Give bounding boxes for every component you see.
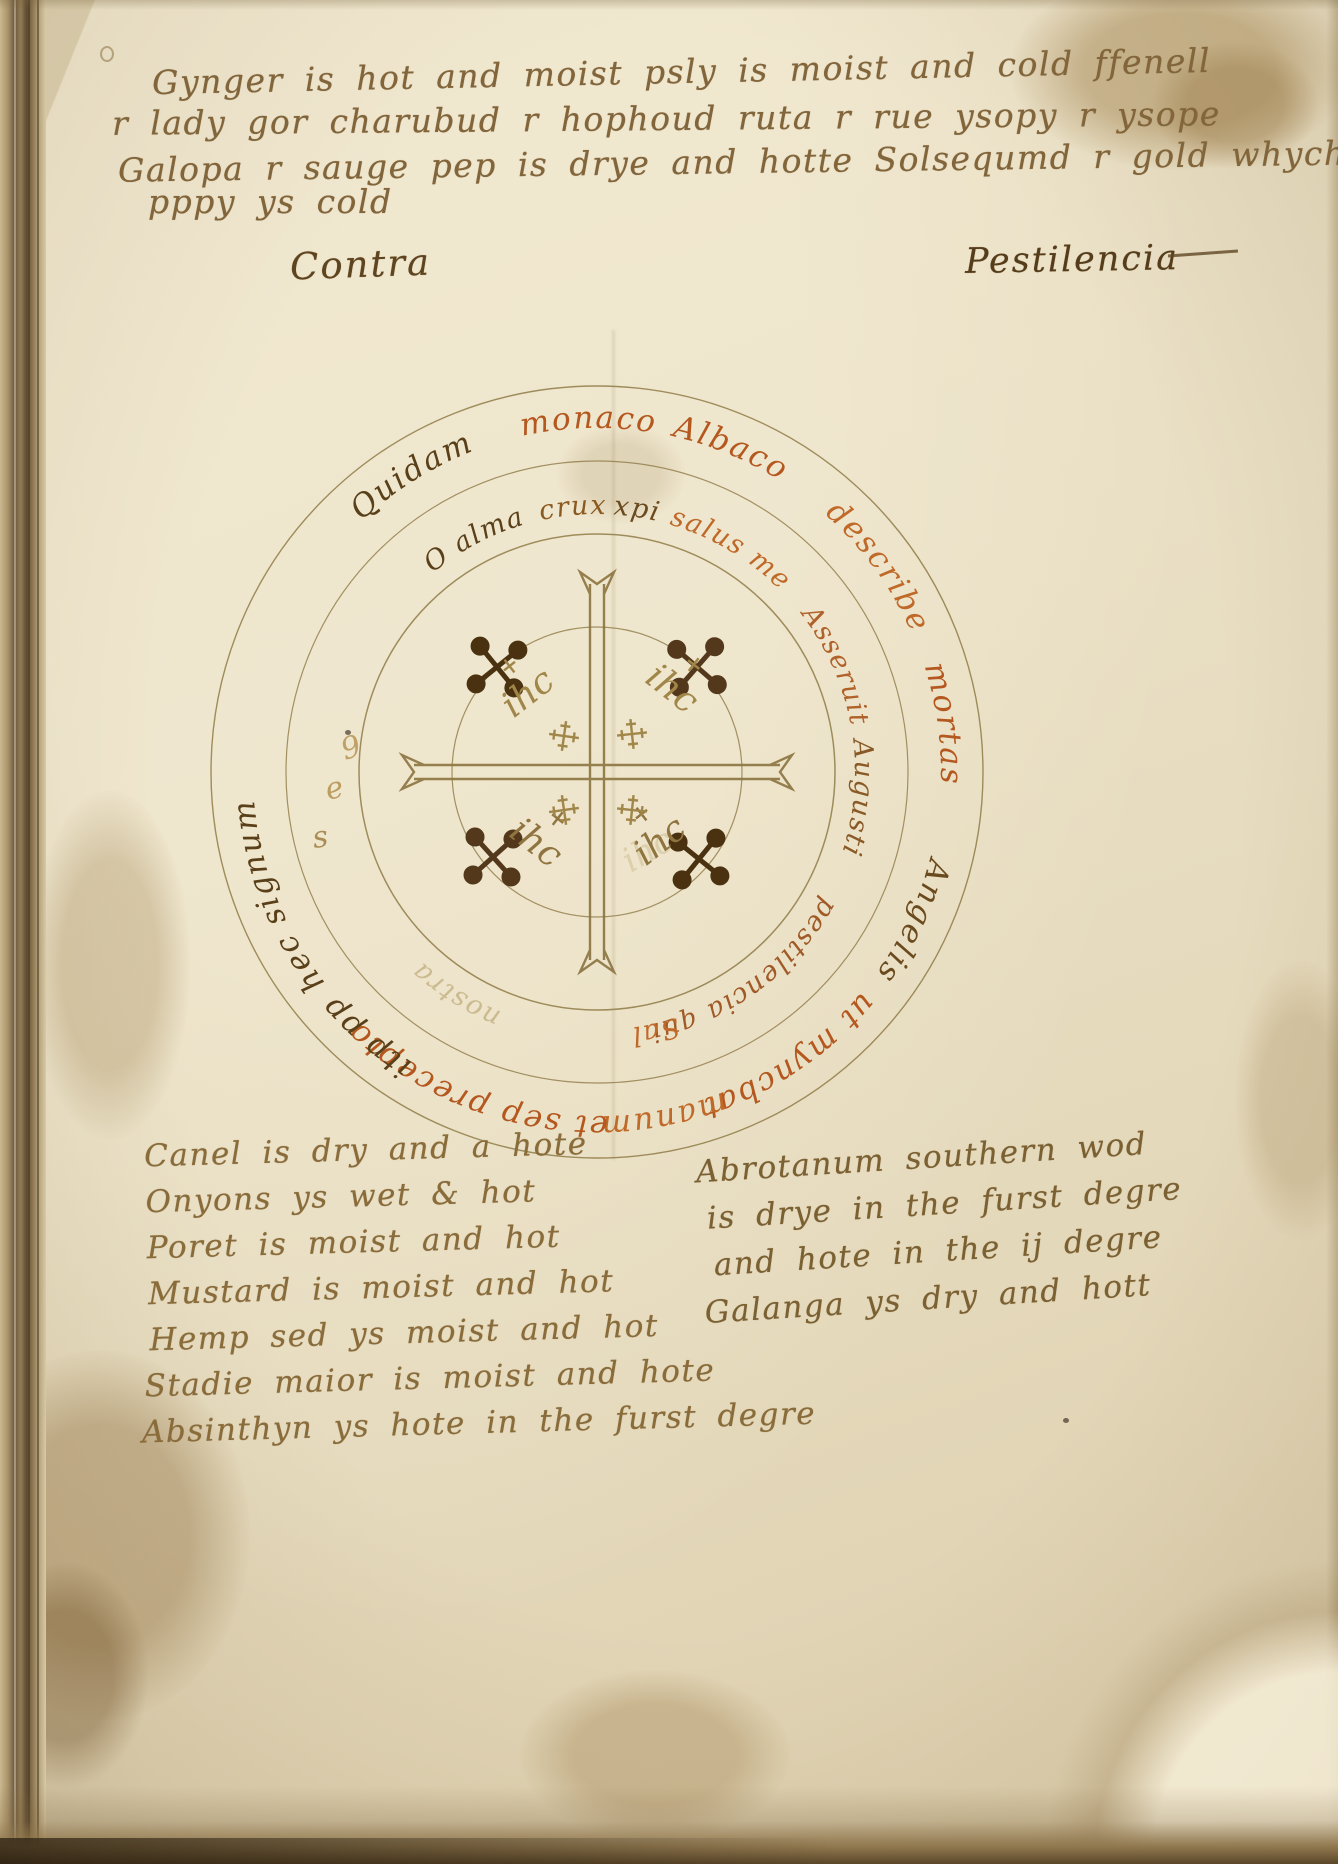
- herbal-note-line: r lady gor charubud r hophoud ruta r rue…: [112, 94, 1221, 143]
- svg-text:Quidam: Quidam: [343, 424, 479, 527]
- scatter-letter: e: [321, 770, 347, 808]
- svg-text:salus me: salus me: [667, 501, 798, 596]
- heading-pestilencia: Pestilencia: [965, 238, 1180, 282]
- book-gutter: [0, 0, 46, 1864]
- page-edge-line: [28, 0, 30, 1864]
- outer-ring-text-segment: Albaco: [667, 408, 795, 488]
- inner-ring-text-segment: O alma: [418, 501, 528, 579]
- svg-text:nostra: nostra: [405, 955, 505, 1034]
- svg-text:describe: describe: [819, 493, 938, 638]
- outer-ring-text-segment: mortas: [917, 658, 969, 786]
- herbal-note-line: Gynger is hot and moist psly is moist an…: [152, 41, 1212, 102]
- stain: [1235, 960, 1338, 1240]
- fishtail-tip-left: [402, 755, 424, 789]
- crosslet-icon: [616, 794, 649, 827]
- svg-text:xpi: xpi: [613, 490, 664, 528]
- stain: [30, 790, 190, 1140]
- page-edge-line: [14, 0, 16, 1864]
- crosslet-icon: [547, 793, 581, 827]
- svg-text:crux: crux: [536, 490, 607, 527]
- svg-text:Angelis: Angelis: [868, 852, 958, 990]
- herbal-note-line: pppy ys cold: [148, 182, 393, 221]
- outer-ring-text-segment: itp pp: [314, 989, 417, 1086]
- herbal-list-right: Abrotanum southern wod is drye in the fu…: [695, 1119, 1190, 1337]
- ihc-monogram: ihc: [502, 794, 583, 876]
- svg-text:Augusti: Augusti: [835, 735, 879, 861]
- svg-text:Sal: Sal: [629, 1011, 683, 1052]
- outer-ring-text-segment: describe: [819, 493, 938, 638]
- svg-text:itp pp: itp pp: [314, 989, 417, 1086]
- inner-ring-text-segment: Augusti: [835, 735, 879, 861]
- fishtail-tip-right: [770, 755, 792, 789]
- scatter-letter: s: [310, 819, 330, 856]
- outer-ring-text-segment: Quidam: [343, 424, 479, 527]
- central-cross: [402, 572, 792, 972]
- svg-text:Albaco: Albaco: [667, 408, 795, 488]
- inner-ring-text-segment: crux: [536, 490, 607, 527]
- inner-ring-text-segment: salus me: [667, 501, 798, 596]
- third-circle: [359, 534, 835, 1010]
- page-bottom-shadow: [0, 1838, 830, 1864]
- crosslet-icon: [616, 718, 649, 751]
- ink-speck: [1063, 1418, 1069, 1423]
- manuscript-page: Gynger is hot and moist psly is moist an…: [0, 0, 1338, 1864]
- outer-ring-text-segment: monaco: [517, 400, 659, 444]
- paper-mark: [100, 46, 114, 62]
- page-top-edge: [0, 0, 1338, 10]
- plague-charm-diagram: ihc ihc ihc ihc ihc: [188, 368, 1008, 1198]
- inner-ring-text-segment: Asseruit: [794, 597, 875, 728]
- inner-ring-text-segment: nostra: [405, 955, 505, 1034]
- crosslet-icon: [547, 719, 581, 753]
- svg-text:mortas: mortas: [917, 658, 969, 786]
- svg-text:Asseruit: Asseruit: [794, 597, 875, 728]
- heading-contra: Contra: [289, 241, 431, 289]
- svg-text:monaco: monaco: [517, 400, 659, 444]
- inner-ring-text-segment: Sal: [629, 1011, 683, 1052]
- page-edge-line: [37, 0, 39, 1864]
- fishtail-tip-bottom: [580, 950, 614, 972]
- fishtail-tip-top: [580, 572, 614, 594]
- svg-text:O alma: O alma: [418, 501, 528, 579]
- second-circle: [286, 461, 908, 1083]
- outer-ring-text-segment: Angelis: [868, 852, 958, 990]
- inner-ring-text-segment: xpi: [613, 490, 664, 528]
